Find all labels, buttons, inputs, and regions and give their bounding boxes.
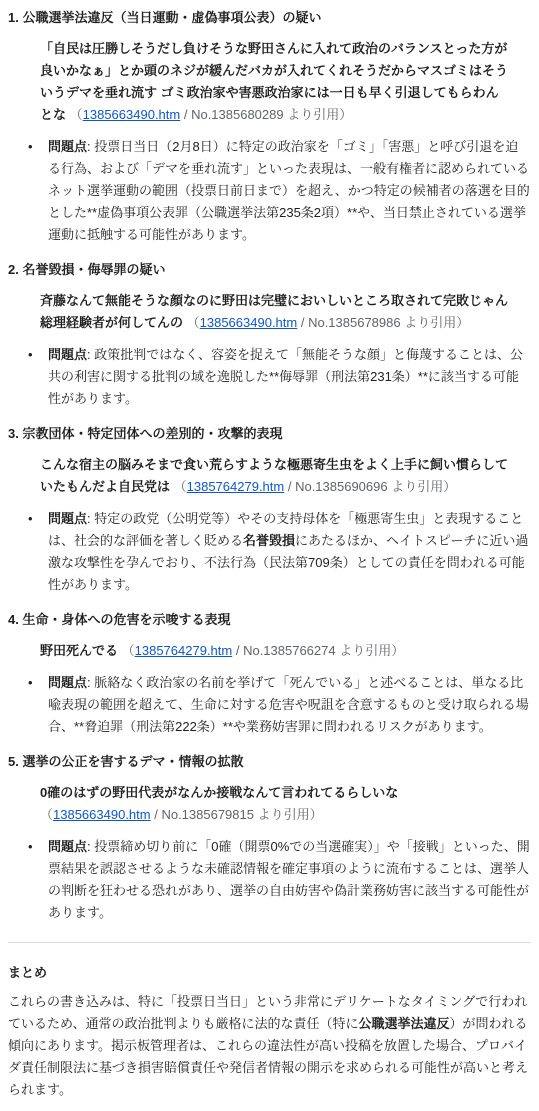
source-link[interactable]: 1385663490.htm: [53, 807, 151, 822]
summary-heading: まとめ: [8, 963, 531, 983]
quoted-post: 野田死んでる （1385764279.htm / No.1385766274 よ…: [40, 640, 511, 662]
quoted-post: 「自民は圧勝しそうだし負けそうな野田さんに入れて政治のバランスとった方が良いかな…: [40, 38, 511, 126]
citation-open: （: [66, 107, 83, 122]
citation-open: （: [118, 643, 135, 658]
citation-open: （: [183, 315, 200, 330]
section-heading: 2. 名誉毀損・侮辱罪の疑い: [8, 260, 531, 280]
issue-list: 問題点: 脈絡なく政治家の名前を挙げて「死んでいる」と述べることは、単なる比喩表…: [8, 672, 531, 738]
section-heading: 3. 宗教団体・特定団体への差別的・攻撃的表現: [8, 424, 531, 444]
citation: （1385663490.htm / No.1385680289 より引用）: [66, 107, 352, 122]
issue-item: 問題点: 特定の政党（公明党等）やその支持母体を「極悪寄生虫」と表現することは、…: [8, 508, 531, 596]
issue-item: 問題点: 投票締め切り前に「0確（開票0%での当選確実）」や「接戦」といった、開…: [8, 836, 531, 924]
citation-rest: / No.1385679815 より引用）: [151, 807, 323, 822]
citation-rest: / No.1385690696 より引用）: [284, 479, 456, 494]
citation-rest: / No.1385678986 より引用）: [297, 315, 469, 330]
citation: （1385764279.htm / No.1385766274 より引用）: [118, 643, 404, 658]
citation-rest: / No.1385766274 より引用）: [232, 643, 404, 658]
quote-text: 野田死んでる: [40, 643, 118, 658]
violation-section-2: 2. 名誉毀損・侮辱罪の疑い 斉藤なんて無能そうな顔なのに野田は完璧においしいと…: [8, 260, 531, 410]
issue-list: 問題点: 投票日当日（2月8日）に特定の政治家を「ゴミ」「害悪」と呼び引退を迫る…: [8, 136, 531, 246]
issue-item: 問題点: 政策批判ではなく、容姿を捉えて「無能そうな顔」と侮蔑することは、公共の…: [8, 344, 531, 410]
quoted-post: 0確のはずの野田代表がなんか接戦なんて言われてるらしいな （1385663490…: [40, 782, 511, 826]
issue-item: 問題点: 投票日当日（2月8日）に特定の政治家を「ゴミ」「害悪」と呼び引退を迫る…: [8, 136, 531, 246]
source-link[interactable]: 1385663490.htm: [200, 315, 298, 330]
violation-section-3: 3. 宗教団体・特定団体への差別的・攻撃的表現 こんな宿主の脳みそまで食い荒らす…: [8, 424, 531, 596]
citation: （1385663490.htm / No.1385678986 より引用）: [183, 315, 469, 330]
citation: （1385663490.htm / No.1385679815 より引用）: [40, 807, 323, 822]
citation-open: （: [40, 807, 53, 822]
section-heading: 1. 公職選挙法違反（当日運動・虚偽事項公表）の疑い: [8, 8, 531, 28]
citation: （1385764279.htm / No.1385690696 より引用）: [170, 479, 456, 494]
citation-open: （: [170, 479, 187, 494]
source-link[interactable]: 1385663490.htm: [83, 107, 181, 122]
quoted-post: こんな宿主の脳みそまで食い荒らすような極悪寄生虫をよく上手に飼い慣らしていたもん…: [40, 454, 511, 498]
section-heading: 5. 選挙の公正を害するデマ・情報の拡散: [8, 752, 531, 772]
issue-list: 問題点: 投票締め切り前に「0確（開票0%での当選確実）」や「接戦」といった、開…: [8, 836, 531, 924]
source-link[interactable]: 1385764279.htm: [187, 479, 285, 494]
violation-section-1: 1. 公職選挙法違反（当日運動・虚偽事項公表）の疑い 「自民は圧勝しそうだし負け…: [8, 8, 531, 246]
summary-paragraph: これらの書き込みは、特に「投票日当日」という非常にデリケートなタイミングで行われ…: [8, 991, 531, 1101]
issue-item: 問題点: 脈絡なく政治家の名前を挙げて「死んでいる」と述べることは、単なる比喩表…: [8, 672, 531, 738]
section-divider: [8, 942, 531, 943]
violation-section-4: 4. 生命・身体への危害を示唆する表現 野田死んでる （1385764279.h…: [8, 610, 531, 738]
issue-list: 問題点: 政策批判ではなく、容姿を捉えて「無能そうな顔」と侮蔑することは、公共の…: [8, 344, 531, 410]
legal-analysis-document: 1. 公職選挙法違反（当日運動・虚偽事項公表）の疑い 「自民は圧勝しそうだし負け…: [0, 0, 539, 1111]
source-link[interactable]: 1385764279.htm: [135, 643, 233, 658]
summary-section: まとめ これらの書き込みは、特に「投票日当日」という非常にデリケートなタイミング…: [8, 963, 531, 1101]
quote-text: 0確のはずの野田代表がなんか接戦なんて言われてるらしいな: [40, 785, 398, 800]
section-heading: 4. 生命・身体への危害を示唆する表現: [8, 610, 531, 630]
citation-rest: / No.1385680289 より引用）: [180, 107, 352, 122]
issue-list: 問題点: 特定の政党（公明党等）やその支持母体を「極悪寄生虫」と表現することは、…: [8, 508, 531, 596]
quoted-post: 斉藤なんて無能そうな顔なのに野田は完璧においしいところ取されて完敗じゃん 総理経…: [40, 290, 511, 334]
violation-section-5: 5. 選挙の公正を害するデマ・情報の拡散 0確のはずの野田代表がなんか接戦なんて…: [8, 752, 531, 924]
